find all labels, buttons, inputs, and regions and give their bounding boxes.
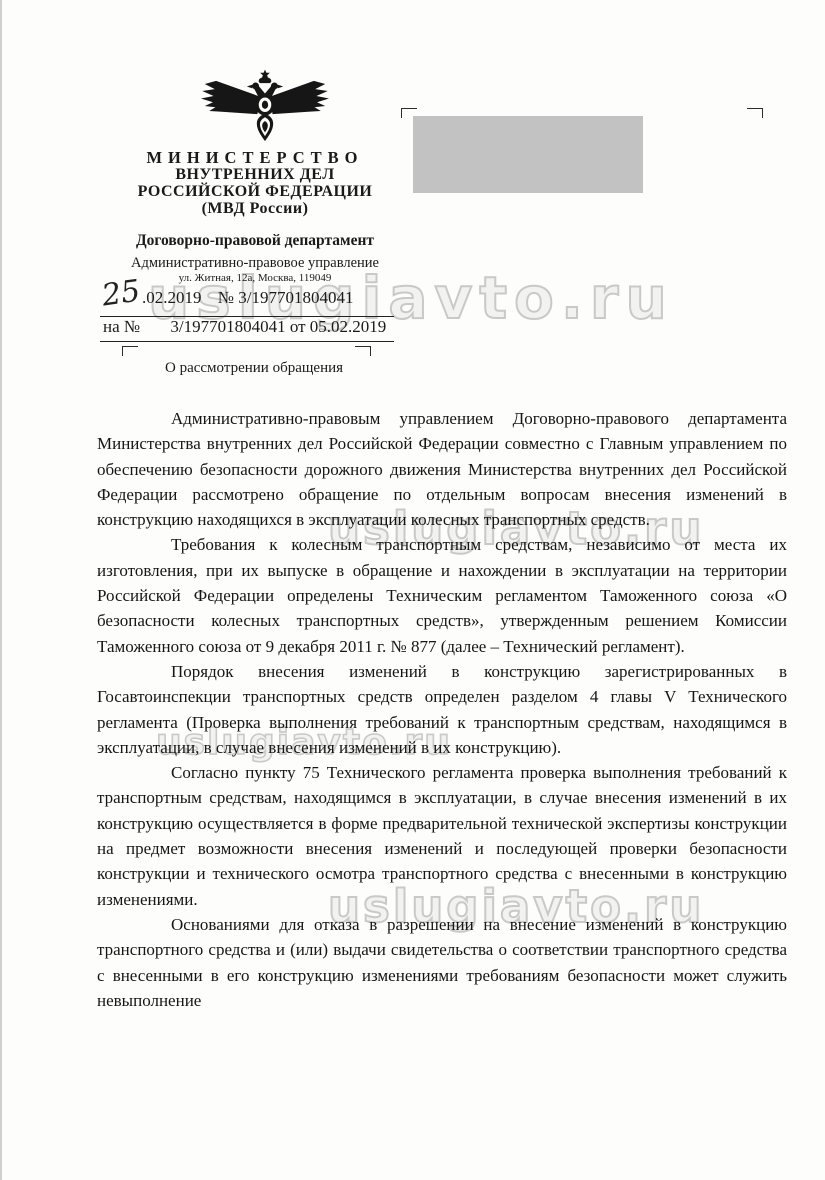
subject-line: О рассмотрении обращения — [165, 360, 343, 377]
ministry-name-line: РОССИЙСКОЙ ФЕДЕРАЦИИ — [90, 183, 420, 200]
subject-corner-mark — [122, 346, 138, 356]
handwritten-day: 25 — [100, 274, 143, 314]
body-paragraph: Административно-правовым управлением Дог… — [97, 406, 787, 532]
subject-corner-mark — [355, 346, 371, 356]
letter-body: Административно-правовым управлением Дог… — [97, 406, 787, 1013]
incoming-reference-line: на № 3/197701804041 от 05.02.2019 — [100, 317, 394, 342]
incoming-reference-label: на № — [103, 317, 140, 336]
incoming-reference-value: 3/197701804041 от 05.02.2019 — [170, 317, 386, 336]
outgoing-reference-line: 25 .02.2019 № 3/197701804041 — [100, 288, 394, 317]
department-name: Договорно-правовой департамент — [90, 233, 420, 249]
division-name: Административно-правовое управление — [90, 256, 420, 271]
postal-address: ул. Житная, 12а, Москва, 119049 — [90, 272, 420, 284]
body-paragraph: Основаниями для отказа в разрешении на в… — [97, 912, 787, 1013]
body-paragraph: Требования к колесным транспортным средс… — [97, 532, 787, 658]
ministry-name-line: (МВД России) — [90, 200, 420, 217]
scan-edge-artifact — [0, 0, 2, 1180]
body-paragraph: Порядок внесения изменений в конструкцию… — [97, 659, 787, 760]
address-corner-mark — [747, 108, 763, 118]
ministry-name-line: МИНИСТЕРСТВО — [90, 149, 420, 166]
outgoing-number: № 3/197701804041 — [218, 288, 354, 307]
letterhead: МИНИСТЕРСТВО ВНУТРЕННИХ ДЕЛ РОССИЙСКОЙ Ф… — [90, 149, 420, 284]
mvd-eagle-emblem — [196, 68, 334, 144]
ministry-name-line: ВНУТРЕННИХ ДЕЛ — [90, 166, 420, 183]
body-paragraph: Согласно пункту 75 Технического регламен… — [97, 760, 787, 912]
redacted-recipient-box — [413, 116, 643, 193]
document-page: { "watermark": { "text": "uslugiavto.ru"… — [0, 0, 825, 1180]
outgoing-date: .02.2019 — [142, 288, 202, 307]
